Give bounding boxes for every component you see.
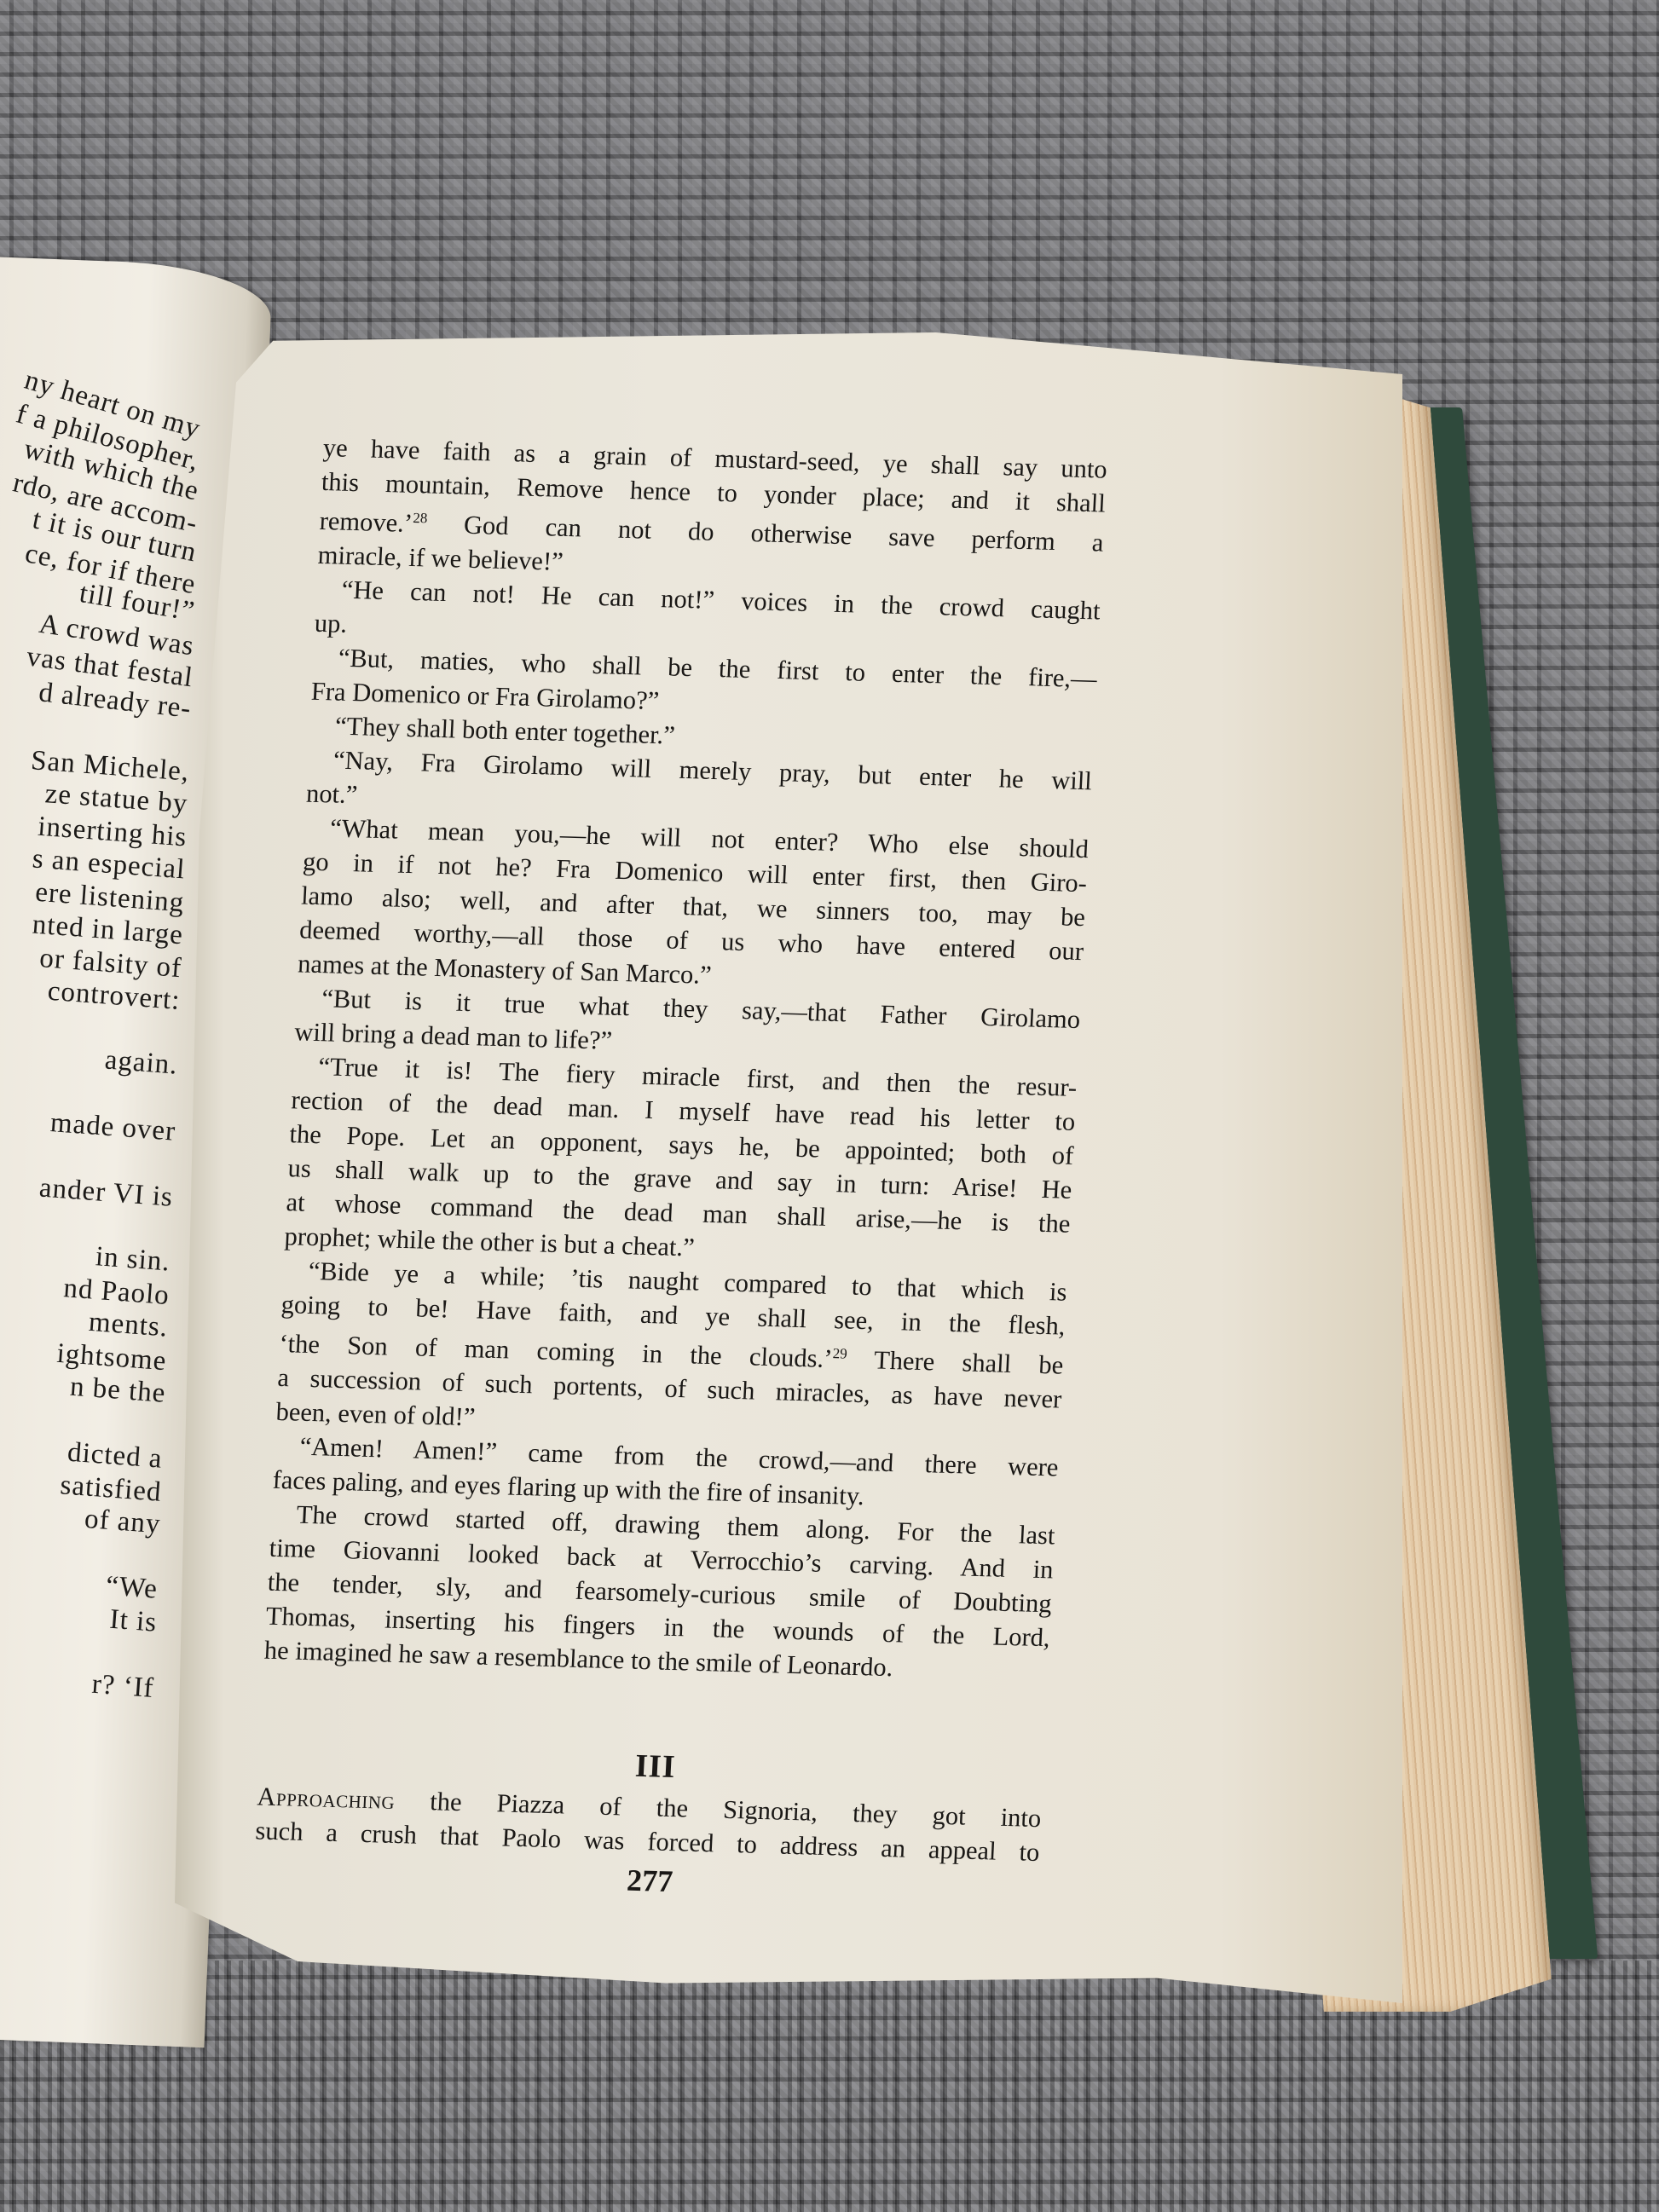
left-page-line: dicted a: [66, 1437, 164, 1476]
right-page-text: ye have faith as a grain of mustard-seed…: [252, 430, 1116, 1909]
footnote-marker-29: 29: [832, 1345, 847, 1361]
footnote-marker: 28: [413, 510, 428, 526]
left-page-line: made over: [49, 1107, 176, 1148]
left-page-line: satisfied: [59, 1470, 162, 1509]
left-page-line: again.: [104, 1045, 179, 1082]
left-page-line: ander VI is: [38, 1172, 174, 1213]
text-fragment: remove.’: [319, 506, 413, 538]
left-page-line: nd Paolo: [62, 1273, 171, 1312]
left-page-line: n be the: [68, 1372, 166, 1410]
left-page-line: ments.: [88, 1307, 170, 1344]
body-text-part1: ye have faith as a grain of mustard-seed…: [280, 430, 1117, 1343]
left-page-text: ny heart on myf a philosopher,with which…: [0, 256, 251, 267]
body-text-part2: a succession of such portents, of such m…: [263, 1360, 1071, 1689]
left-page-line: of any: [83, 1504, 161, 1540]
left-page-line: in sin.: [95, 1241, 171, 1278]
section-opening-word: Approaching: [257, 1782, 396, 1814]
left-page-line: “We: [105, 1570, 159, 1605]
text-fragment: There shall be: [847, 1345, 1065, 1380]
left-page-line: r? ‘If: [91, 1668, 155, 1704]
left-page-line: It is: [108, 1603, 158, 1638]
